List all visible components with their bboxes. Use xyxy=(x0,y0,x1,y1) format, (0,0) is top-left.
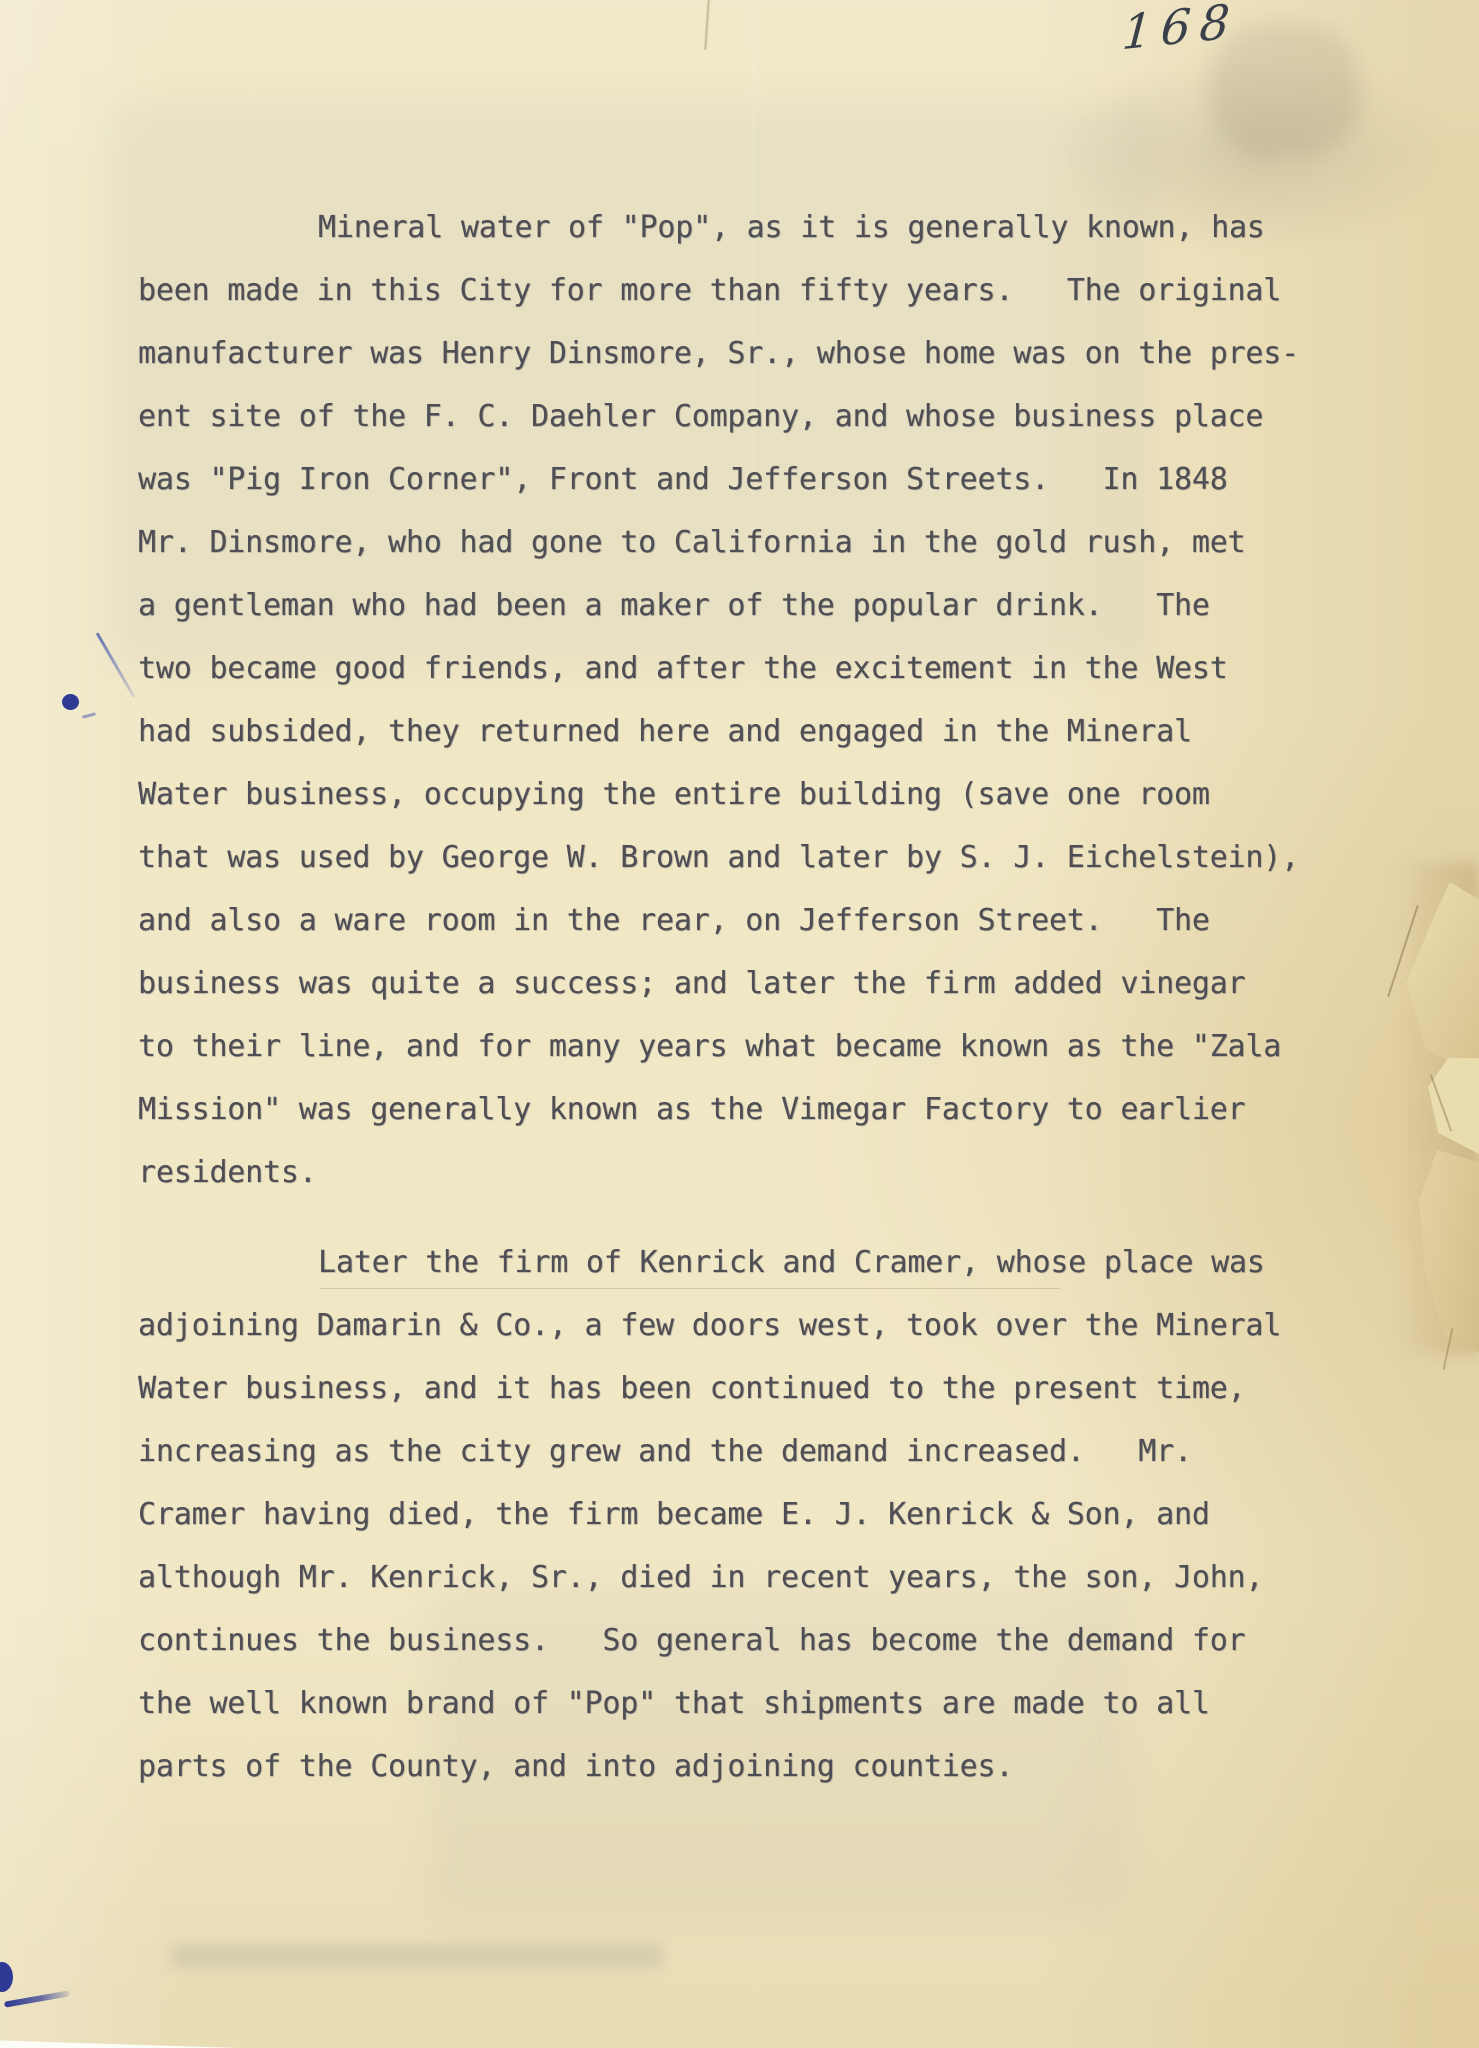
text-line: to their line, and for many years what b… xyxy=(138,1015,1353,1078)
text-line: was "Pig Iron Corner", Front and Jeffers… xyxy=(138,448,1353,511)
text-line: Mineral water of "Pop", as it is general… xyxy=(138,196,1353,259)
typewritten-text: Mineral water of "Pop", as it is general… xyxy=(138,196,1353,1798)
text-line: ent site of the F. C. Daehler Company, a… xyxy=(138,385,1353,448)
paper-ghost-stain xyxy=(172,1944,662,1968)
scanned-document-page: 168 Mineral water of "Pop", as it is gen… xyxy=(0,0,1479,2048)
text-line: adjoining Damarin & Co., a few doors wes… xyxy=(138,1294,1353,1357)
text-line: business was quite a success; and later … xyxy=(138,952,1353,1015)
text-line: and also a ware room in the rear, on Jef… xyxy=(138,889,1353,952)
paragraph: Mineral water of "Pop", as it is general… xyxy=(138,196,1353,1204)
text-line: parts of the County, and into adjoining … xyxy=(138,1735,1353,1798)
text-line: Cramer having died, the firm became E. J… xyxy=(138,1483,1353,1546)
text-line: that was used by George W. Brown and lat… xyxy=(138,826,1353,889)
page-bottom-edge xyxy=(0,2038,240,2048)
blue-ink-blot xyxy=(0,1962,13,1992)
paper-crease xyxy=(704,0,709,50)
text-line: Water business, occupying the entire bui… xyxy=(138,763,1353,826)
text-line: been made in this City for more than fif… xyxy=(138,259,1353,322)
text-line: continues the business. So general has b… xyxy=(138,1609,1353,1672)
text-line: a gentleman who had been a maker of the … xyxy=(138,574,1353,637)
paragraph: Later the firm of Kenrick and Cramer, wh… xyxy=(138,1231,1353,1798)
blue-ink-dash xyxy=(4,1990,70,2007)
text-line: two became good friends, and after the e… xyxy=(138,637,1353,700)
text-line: had subsided, they returned here and eng… xyxy=(138,700,1353,763)
text-line: Mission" was generally known as the Vime… xyxy=(138,1078,1353,1141)
text-line: Water business, and it has been continue… xyxy=(138,1357,1353,1420)
text-line: the well known brand of "Pop" that shipm… xyxy=(138,1672,1353,1735)
text-line: Later the firm of Kenrick and Cramer, wh… xyxy=(138,1231,1353,1294)
text-line: Mr. Dinsmore, who had gone to California… xyxy=(138,511,1353,574)
text-line: although Mr. Kenrick, Sr., died in recen… xyxy=(138,1546,1353,1609)
text-line: residents. xyxy=(138,1141,1353,1204)
text-line: increasing as the city grew and the dema… xyxy=(138,1420,1353,1483)
blue-ink-dot xyxy=(62,694,79,710)
text-line: manufacturer was Henry Dinsmore, Sr., wh… xyxy=(138,322,1353,385)
blue-ink-speck xyxy=(82,712,96,719)
